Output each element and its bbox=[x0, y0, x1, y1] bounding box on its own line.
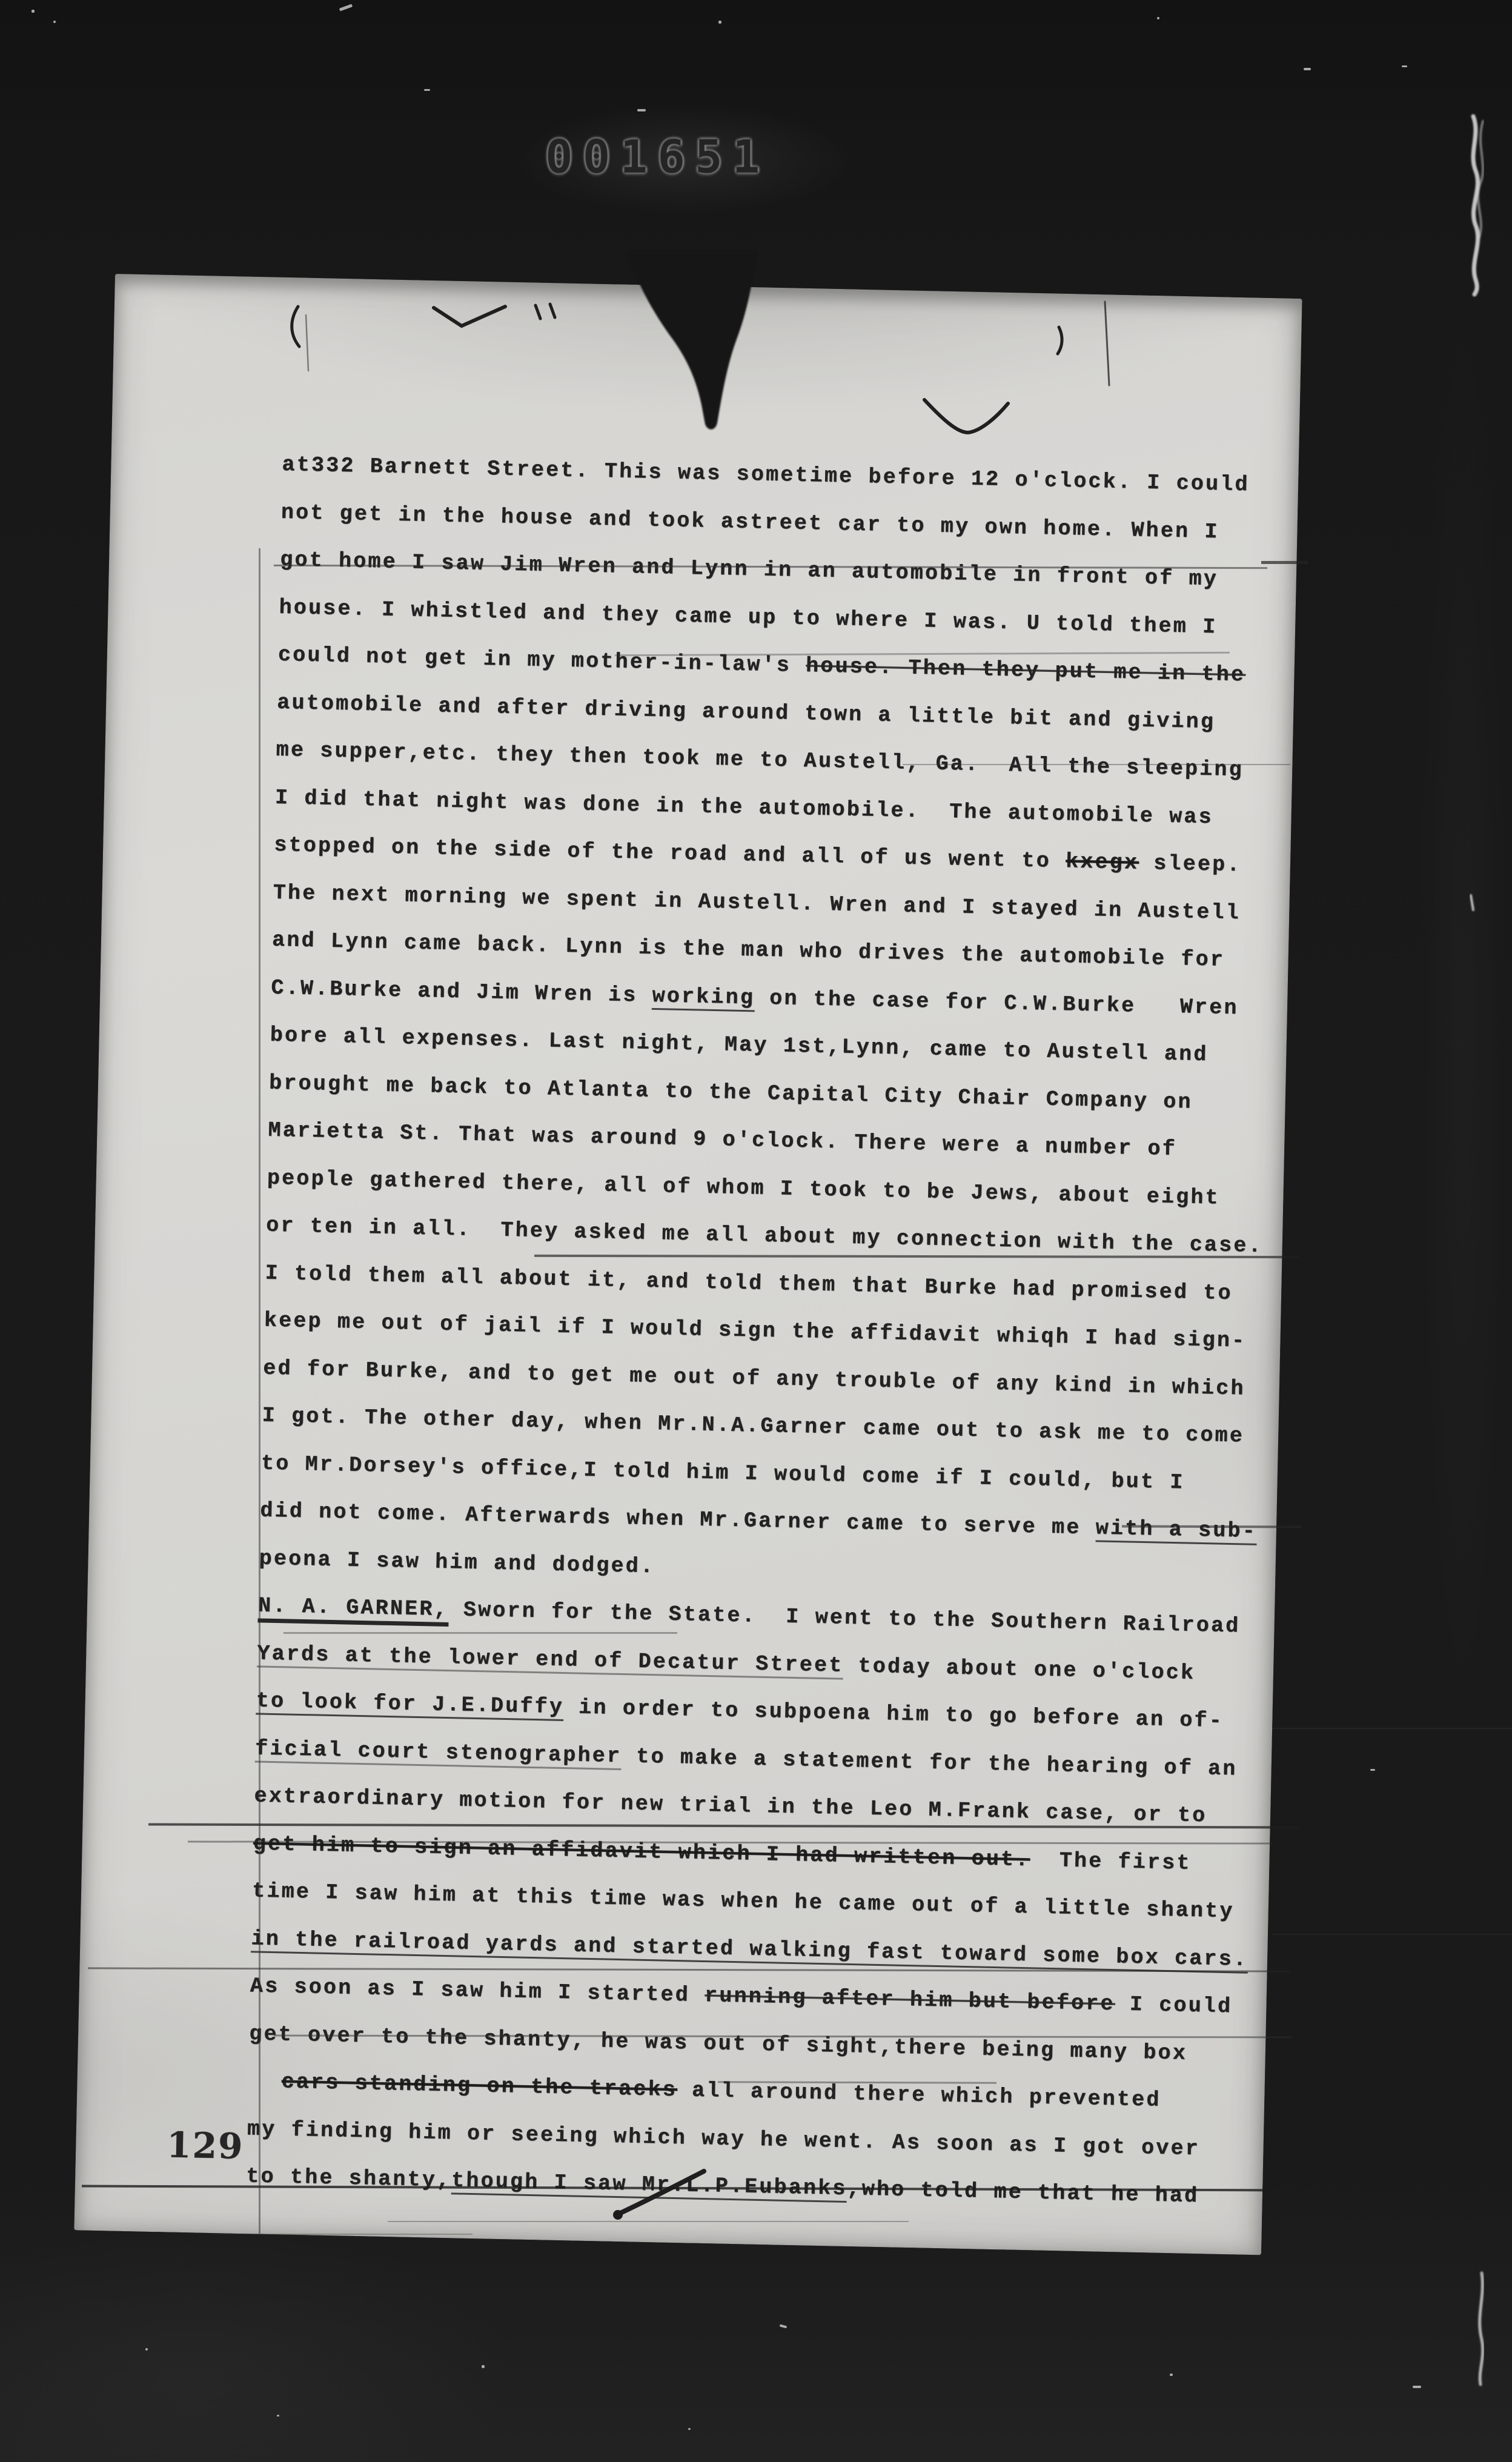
typed-segment: not get in the house and took astreet ca… bbox=[280, 500, 1219, 543]
film-speck bbox=[688, 2428, 691, 2430]
film-speck bbox=[277, 2415, 279, 2417]
scan-streak bbox=[1272, 1728, 1512, 1729]
typed-text: at332 Barnett Street. This was sometime … bbox=[245, 441, 1287, 2221]
typed-segment: extraordinary motion for new trial in th… bbox=[254, 1783, 1207, 1828]
typed-segment: on the case for C.W.Burke Wren bbox=[755, 986, 1239, 1020]
typed-segment: I told them all about it, and told them … bbox=[265, 1261, 1233, 1305]
typed-segment: house. Then they put me in the bbox=[806, 654, 1246, 687]
film-speck bbox=[1413, 2386, 1421, 2388]
typed-segment: me supper,etc. they then took me to Aust… bbox=[276, 738, 1244, 782]
typed-segment: and Lynn came back. Lynn is the man who … bbox=[272, 928, 1225, 972]
typed-segment: house. I whistled and they came up to wh… bbox=[279, 595, 1218, 639]
typed-segment: working bbox=[652, 983, 755, 1012]
film-speck bbox=[1370, 1769, 1375, 1771]
film-background: 001651 at332 Barnett Street. This was so… bbox=[0, 0, 1512, 2462]
film-speck bbox=[637, 109, 646, 111]
typed-segment: automobile and after driving around town… bbox=[277, 690, 1216, 734]
typed-segment: keep me out of jail if I would sign the … bbox=[264, 1309, 1246, 1353]
typed-segment: peona I saw him and dodged. bbox=[259, 1546, 655, 1579]
film-speck bbox=[780, 2324, 787, 2329]
typed-segment: cars standing on the tracks bbox=[281, 2069, 677, 2102]
typed-segment: with a sub- bbox=[1095, 1516, 1257, 1545]
typed-segment: sleep. bbox=[1139, 851, 1242, 878]
typed-segment: to Mr.Dorsey's office,I told him I would… bbox=[261, 1451, 1185, 1495]
film-scratch-mid bbox=[1471, 895, 1473, 910]
typed-segment: to make a statement for the hearing of a… bbox=[622, 1744, 1238, 1781]
typed-segment: time I saw him at this time was when he … bbox=[252, 1879, 1235, 1923]
film-speck bbox=[339, 4, 353, 11]
typed-segment: get him to sign an affidavit which I had… bbox=[253, 1831, 1030, 1872]
typed-segment: to the shanty, bbox=[246, 2164, 452, 2192]
typed-segment: ,who told me that he had bbox=[847, 2177, 1199, 2208]
typed-segment: today about one o'clock bbox=[843, 1653, 1196, 1685]
typed-segment: my finding him or seeing which way he we… bbox=[247, 2117, 1201, 2161]
film-speck bbox=[424, 89, 430, 91]
typed-segment: I did that night was done in the automob… bbox=[275, 785, 1214, 829]
typed-segment: The first bbox=[1030, 1848, 1192, 1876]
typed-segment: Yards at the lower end of Decatur Street bbox=[257, 1641, 844, 1679]
film-speck bbox=[145, 2348, 148, 2351]
typed-segment: though I saw Mr.L.P.Eubanks bbox=[451, 2168, 847, 2203]
film-scratch-top bbox=[1473, 116, 1478, 294]
page-number: 129 bbox=[167, 2124, 244, 2167]
film-speck bbox=[31, 10, 35, 13]
typed-segment: ed for Burke, and to get me out of any t… bbox=[263, 1356, 1245, 1401]
typed-segment: stopped on the side of the road and all … bbox=[274, 833, 1066, 874]
film-speck bbox=[53, 21, 56, 23]
typed-segment: at332 Barnett Street. This was sometime … bbox=[282, 453, 1250, 497]
film-scratch-top-2 bbox=[1478, 121, 1483, 237]
film-speck bbox=[718, 21, 721, 24]
film-stamp-number: 001651 bbox=[545, 130, 770, 184]
film-speck bbox=[1402, 65, 1407, 67]
typed-segment: I got. The other day, when Mr.N.A.Garner… bbox=[262, 1403, 1244, 1448]
document-page: at332 Barnett Street. This was sometime … bbox=[74, 274, 1302, 2255]
typed-segment: ficial court stenographer bbox=[255, 1736, 622, 1770]
film-scratch-bottom bbox=[1480, 2273, 1483, 2384]
typed-segment: people gathered there, all of whom I too… bbox=[267, 1166, 1220, 1210]
film-speck bbox=[1170, 2374, 1173, 2376]
typed-segment: brought me back to Atlanta to the Capita… bbox=[269, 1070, 1193, 1114]
typed-segment: As soon as I saw him I started bbox=[250, 1974, 705, 2008]
scan-streak bbox=[1272, 1934, 1512, 1935]
typed-segment: to look for J.E.Duffy bbox=[256, 1688, 564, 1721]
typed-segment: get over to the shanty, he was out of si… bbox=[249, 2022, 1188, 2065]
typed-segment: could not get in my mother-in-law's bbox=[277, 643, 806, 678]
typed-segment: The next morning we spent in Austell. Wr… bbox=[273, 880, 1241, 924]
film-speck bbox=[482, 2365, 485, 2368]
film-speck bbox=[1304, 68, 1311, 70]
film-speck bbox=[1157, 17, 1159, 19]
typed-segment: C.W.Burke and Jim Wren is bbox=[271, 975, 652, 1007]
typed-segment: N. A. GARNER, bbox=[257, 1593, 449, 1627]
typed-segment: got home I saw Jim Wren and Lynn in an a… bbox=[280, 548, 1219, 591]
typed-segment: or ten in all. They asked me all about m… bbox=[266, 1213, 1263, 1258]
typed-segment: Marietta St. That was around 9 o'clock. … bbox=[268, 1118, 1177, 1161]
typed-segment: bore all expenses. Last night, May 1st,L… bbox=[270, 1023, 1209, 1067]
typed-segment: running after him but before bbox=[705, 1983, 1115, 2016]
typed-segment: all around there which prevented bbox=[677, 2078, 1161, 2112]
typed-segment: did not come. Afterwards when Mr.Garner … bbox=[260, 1498, 1096, 1540]
typed-segment: kxegx bbox=[1066, 849, 1139, 875]
typed-segment: Sworn for the State. I went to the South… bbox=[448, 1598, 1241, 1638]
typed-segment: in order to subpoena him to go before an… bbox=[563, 1695, 1224, 1733]
typed-segment: I could bbox=[1115, 1992, 1232, 2019]
